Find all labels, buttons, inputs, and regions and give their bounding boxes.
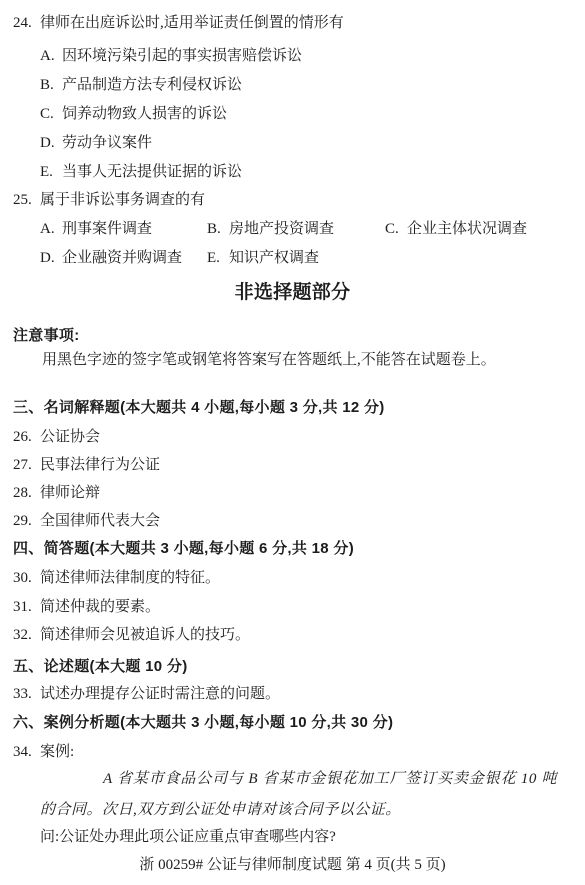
question-number: 32. bbox=[13, 625, 40, 646]
question-25-option-b: B.房地产投资调查 bbox=[207, 219, 385, 240]
question-30: 30.简述律师法律制度的特征。 bbox=[13, 568, 220, 589]
option-label: A. bbox=[40, 46, 62, 67]
option-label: E. bbox=[40, 162, 62, 183]
question-text: 民事法律行为公证 bbox=[40, 457, 160, 473]
question-text: 案例: bbox=[40, 744, 74, 760]
option-label: D. bbox=[40, 133, 62, 154]
question-number: 30. bbox=[13, 568, 40, 589]
question-28: 28.律师论辩 bbox=[13, 483, 100, 504]
question-24-option-a: A.因环境污染引起的事实损害赔偿诉讼 bbox=[40, 46, 302, 67]
question-number: 29. bbox=[13, 511, 40, 532]
option-text: 知识产权调查 bbox=[229, 250, 319, 266]
option-text: 房地产投资调查 bbox=[229, 221, 334, 237]
question-25-option-d: D.企业融资并购调查 bbox=[40, 248, 207, 269]
notice-body: 用黑色字迹的签字笔或钢笔将答案写在答题纸上,不能答在试题卷上。 bbox=[42, 350, 496, 371]
question-24-option-e: E.当事人无法提供证据的诉讼 bbox=[40, 162, 242, 183]
option-text: 企业主体状况调查 bbox=[407, 221, 527, 237]
question-26: 26.公证协会 bbox=[13, 427, 100, 448]
question-32: 32.简述律师会见被追诉人的技巧。 bbox=[13, 625, 250, 646]
option-label: D. bbox=[40, 248, 62, 269]
exam-page: 24.律师在出庭诉讼时,适用举证责任倒置的情形有 A.因环境污染引起的事实损害赔… bbox=[0, 0, 585, 885]
question-text: 公证协会 bbox=[40, 429, 100, 445]
question-number: 26. bbox=[13, 427, 40, 448]
option-label: C. bbox=[385, 219, 407, 240]
question-24-option-d: D.劳动争议案件 bbox=[40, 133, 152, 154]
question-text: 简述仲裁的要素。 bbox=[40, 599, 160, 615]
question-number: 31. bbox=[13, 597, 40, 618]
option-text: 刑事案件调查 bbox=[62, 221, 152, 237]
option-text: 劳动争议案件 bbox=[62, 135, 152, 151]
question-29: 29.全国律师代表大会 bbox=[13, 511, 160, 532]
question-33: 33.试述办理提存公证时需注意的问题。 bbox=[13, 684, 280, 705]
question-25: 25.属于非诉讼事务调查的有 bbox=[13, 190, 205, 211]
question-25-option-e: E.知识产权调查 bbox=[207, 248, 319, 269]
question-25-option-a: A.刑事案件调查 bbox=[40, 219, 207, 240]
part-5-heading: 五、论述题(本大题 10 分) bbox=[13, 656, 188, 677]
option-label: B. bbox=[40, 75, 62, 96]
question-number: 25. bbox=[13, 190, 40, 211]
option-text: 饲养动物致人损害的诉讼 bbox=[62, 106, 227, 122]
option-text: 因环境污染引起的事实损害赔偿诉讼 bbox=[62, 48, 302, 64]
question-24-option-b: B.产品制造方法专利侵权诉讼 bbox=[40, 75, 242, 96]
question-24-option-c: C.饲养动物致人损害的诉讼 bbox=[40, 104, 227, 125]
question-34: 34.案例: bbox=[13, 742, 74, 763]
section-heading-non-multiple-choice: 非选择题部分 bbox=[0, 281, 585, 305]
notice-title: 注意事项: bbox=[13, 325, 80, 346]
option-label: E. bbox=[207, 248, 229, 269]
question-27: 27.民事法律行为公证 bbox=[13, 455, 160, 476]
question-31: 31.简述仲裁的要素。 bbox=[13, 597, 160, 618]
option-label: A. bbox=[40, 219, 62, 240]
question-number: 33. bbox=[13, 684, 40, 705]
question-25-options-row2: D.企业融资并购调查 E.知识产权调查 bbox=[40, 248, 580, 269]
question-number: 34. bbox=[13, 742, 40, 763]
question-number: 28. bbox=[13, 483, 40, 504]
question-34-prompt: 问:公证处办理此项公证应重点审查哪些内容? bbox=[40, 827, 336, 848]
part-3-heading: 三、名词解释题(本大题共 4 小题,每小题 3 分,共 12 分) bbox=[13, 397, 385, 418]
option-text: 产品制造方法专利侵权诉讼 bbox=[62, 77, 242, 93]
question-24: 24.律师在出庭诉讼时,适用举证责任倒置的情形有 bbox=[13, 13, 344, 34]
question-25-option-c: C.企业主体状况调查 bbox=[385, 219, 527, 240]
part-6-heading: 六、案例分析题(本大题共 3 小题,每小题 10 分,共 30 分) bbox=[13, 712, 393, 733]
question-text: 简述律师法律制度的特征。 bbox=[40, 570, 220, 586]
question-text: 简述律师会见被追诉人的技巧。 bbox=[40, 627, 250, 643]
part-4-heading: 四、简答题(本大题共 3 小题,每小题 6 分,共 18 分) bbox=[13, 538, 354, 559]
question-text: 全国律师代表大会 bbox=[40, 513, 160, 529]
question-number: 24. bbox=[13, 13, 40, 34]
question-text: 律师论辩 bbox=[40, 485, 100, 501]
question-text: 属于非诉讼事务调查的有 bbox=[40, 192, 205, 208]
page-footer: 浙 00259# 公证与律师制度试题 第 4 页(共 5 页) bbox=[0, 855, 585, 876]
question-34-case-text: A 省某市食品公司与 B 省某市金银花加工厂签订买卖金银花 10 吨的合同。次日… bbox=[40, 764, 557, 826]
question-text: 律师在出庭诉讼时,适用举证责任倒置的情形有 bbox=[40, 15, 344, 31]
option-label: C. bbox=[40, 104, 62, 125]
option-text: 当事人无法提供证据的诉讼 bbox=[62, 164, 242, 180]
question-25-options-row1: A.刑事案件调查 B.房地产投资调查 C.企业主体状况调查 bbox=[40, 219, 580, 240]
option-label: B. bbox=[207, 219, 229, 240]
option-text: 企业融资并购调查 bbox=[62, 250, 182, 266]
question-text: 试述办理提存公证时需注意的问题。 bbox=[40, 686, 280, 702]
question-number: 27. bbox=[13, 455, 40, 476]
